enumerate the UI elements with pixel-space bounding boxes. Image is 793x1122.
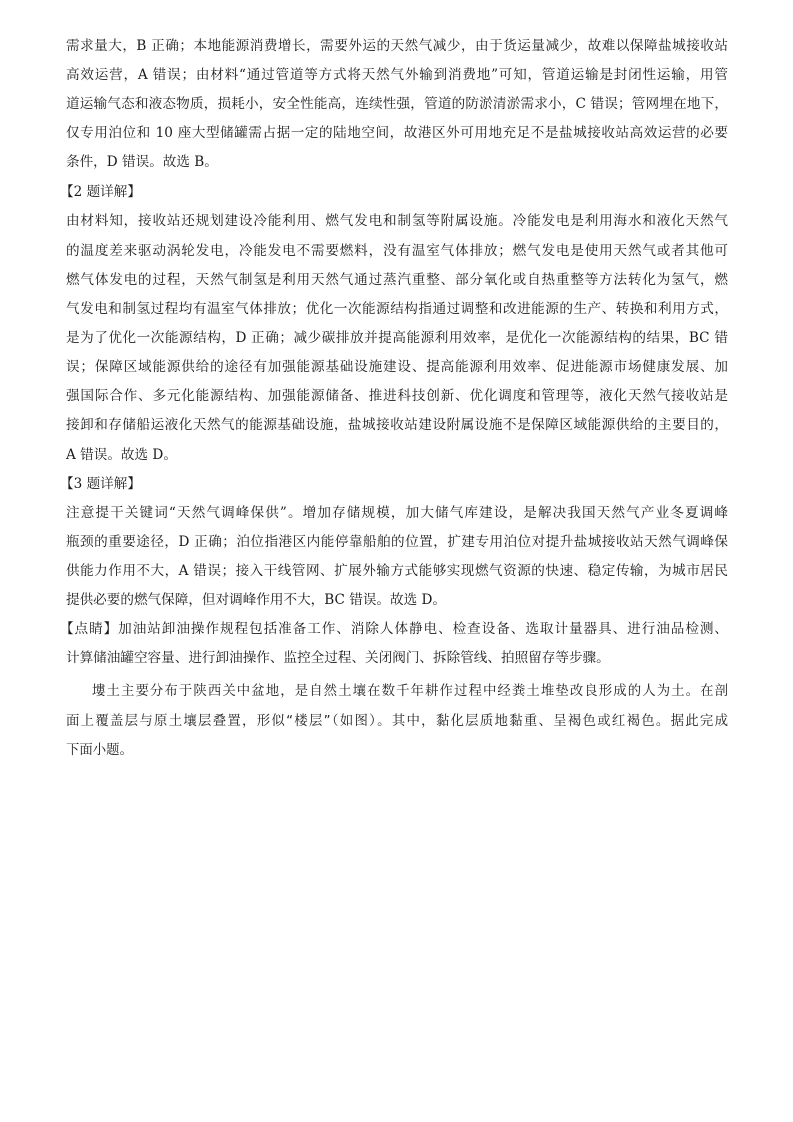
text-line: 是为了优化一次能源结构，D 正确；减少碳排放并提高能源利用效率，是优化一次能源结… <box>66 328 728 348</box>
text-line: A 错误。故选 D。 <box>66 445 728 465</box>
text-line: 接卸和存储船运液化天然气的能源基础设施，盐城接收站建设附属设施不是保障区域能源供… <box>66 415 728 435</box>
text-line: 高效运营，A 错误；由材料“通过管道等方式将天然气外输到消费地”可知，管道运输是… <box>66 65 728 85</box>
text-line: 条件，D 错误。故选 B。 <box>66 152 728 172</box>
text-line: 【点睛】加油站卸油操作规程包括准备工作、消除人体静电、检查设备、选取计量器具、进… <box>60 619 728 639</box>
text-line: 由材料知，接收站还规划建设冷能利用、燃气发电和制氢等附属设施。冷能发电是利用海水… <box>66 211 728 231</box>
text-line: 的温度差来驱动涡轮发电，冷能发电不需要燃料，没有温室气体排放；燃气发电是使用天然… <box>66 241 728 261</box>
text-line: 塿土主要分布于陕西关中盆地，是自然土壤在数千年耕作过程中经粪土堆垫改良形成的人为… <box>92 682 728 702</box>
document-page: 需求量大，B 正确；本地能源消费增长，需要外运的天然气减少，由于货运量减少，故难… <box>0 0 793 1122</box>
text-line: 需求量大，B 正确；本地能源消费增长，需要外运的天然气减少，由于货运量减少，故难… <box>66 36 728 56</box>
text-line: 强国际合作、多元化能源结构、加强能源储备、推进科技创新、优化调度和管理等，液化天… <box>66 386 728 406</box>
text-line: 道运输气态和液态物质，损耗小，安全性能高，连续性强，管道的防淤清淤需求小，C 错… <box>66 94 728 114</box>
text-line: 仅专用泊位和 10 座大型储罐需占据一定的陆地空间，故港区外可用地充足不是盐城接… <box>66 123 728 143</box>
text-line: 燃气体发电的过程，天然气制氢是利用天然气通过蒸汽重整、部分氧化或自热重整等方法转… <box>66 270 728 290</box>
text-line: 误；保障区域能源供给的途径有加强能源基础设施建设、提高能源利用效率、促进能源市场… <box>66 357 728 377</box>
section-heading: 【3 题详解】 <box>60 474 722 494</box>
text-line: 下面小题。 <box>66 741 728 761</box>
text-line: 注意提干关键词“天然气调峰保供”。增加存储规模，加大储气库建设，是解决我国天然气… <box>66 503 728 523</box>
text-line: 气发电和制氢过程均有温室气体排放；优化一次能源结构指通过调整和改进能源的生产、转… <box>66 299 728 319</box>
text-line: 面上覆盖层与原土壤层叠置，形似“楼层”（如图）。其中，黏化层质地黏重、呈褐色或红… <box>66 712 728 732</box>
text-line: 计算储油罐空容量、进行卸油操作、监控全过程、关闭阀门、拆除管线、拍照留存等步骤。 <box>66 648 728 668</box>
text-line: 提供必要的燃气保障，但对调峰作用不大，BC 错误。故选 D。 <box>66 590 728 610</box>
section-heading: 【2 题详解】 <box>60 182 722 202</box>
text-line: 供能力作用不大，A 错误；接入干线管网、扩展外输方式能够实现燃气资源的快速、稳定… <box>66 561 728 581</box>
text-line: 瓶颈的重要途径，D 正确；泊位指港区内能停靠船舶的位置，扩建专用泊位对提升盐城接… <box>66 532 728 552</box>
